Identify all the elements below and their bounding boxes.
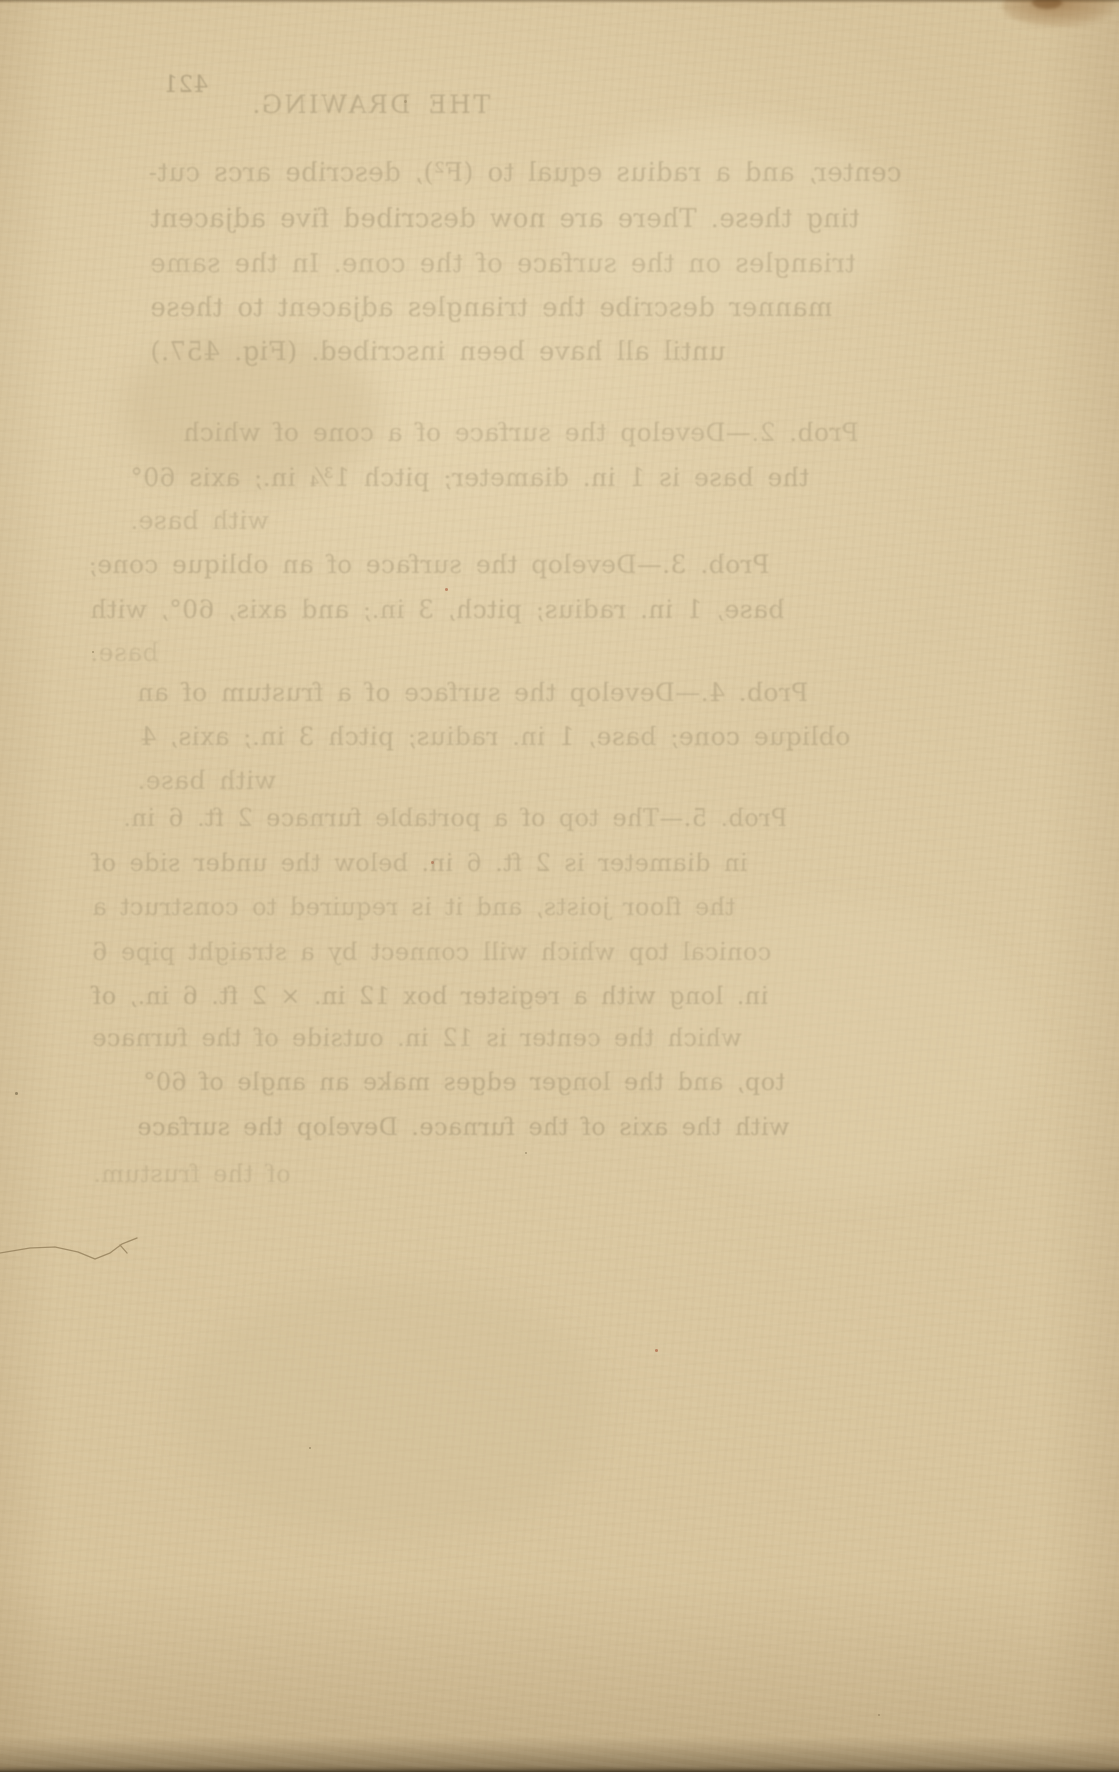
ghost-text-line: Prob. 5.—The top of a portable furnace 2…	[123, 806, 787, 830]
ghost-text-line: in. long with a register box 12 in. × 2 …	[92, 984, 768, 1008]
scan-bottom-edge-shadow	[0, 1766, 1119, 1772]
ghost-text-line: of the frustum.	[93, 1162, 291, 1186]
showthrough-text-layer: 421THE DRAWING.center, and a radius equa…	[0, 0, 1119, 1772]
ghost-text-line: Prob. 2.—Develop the surface of a cone o…	[183, 420, 859, 445]
ghost-page-number: 421	[163, 74, 208, 97]
scan-top-edge-shadow	[0, 0, 1119, 3]
ghost-text-line: triangles on the surface of the cone. In…	[150, 251, 856, 277]
ghost-text-line: base, 1 in. radius; pitch, 3 in.; and ax…	[90, 597, 784, 622]
ghost-text-line: with base.	[137, 768, 276, 793]
scanned-page: 421THE DRAWING.center, and a radius equa…	[0, 0, 1119, 1772]
paper-speck	[525, 1152, 527, 1154]
paper-speck	[92, 651, 94, 653]
ghost-text-line: center, and a radius equal to (F²), desc…	[148, 160, 902, 186]
paper-speck	[404, 100, 407, 103]
ghost-text-line: manner describe the triangles adjacent t…	[150, 295, 833, 321]
ghost-text-line: Prob. 3.—Develop the surface of an obliq…	[88, 552, 770, 577]
ghost-text-line: in diameter is 2 ft. 6 in. below the und…	[92, 851, 748, 875]
ghost-text-line: ting these. There are now described five…	[150, 206, 860, 232]
ghost-text-line: base.	[90, 640, 158, 665]
ghost-text-line: the base is 1 in. diameter; pitch 1¾ in.…	[130, 465, 809, 490]
ghost-text-line: with base.	[130, 508, 269, 533]
ghost-text-line: until all have been inscribed. (Fig. 457…	[150, 339, 726, 365]
ghost-text-line: which the center is 12 in. outside of th…	[92, 1026, 742, 1050]
paper-speck	[15, 1092, 18, 1095]
ghost-text-line: with the axis of the furnace. Develop th…	[137, 1115, 790, 1139]
ghost-text-line: oblique cone; base, 1 in. radius; pitch …	[140, 724, 850, 749]
paper-speck	[878, 1714, 880, 1716]
ghost-running-head: THE DRAWING.	[250, 92, 490, 117]
ghost-text-line: the floor joists, and it is required to …	[92, 895, 735, 919]
ghost-text-line: conical top which will connect by a stra…	[92, 940, 771, 964]
ghost-text-line: top, and the longer edges make an angle …	[143, 1070, 785, 1094]
paper-speck	[309, 1447, 311, 1449]
paper-speck	[445, 588, 448, 591]
paper-speck	[431, 861, 434, 864]
ghost-text-line: Prob. 4.—Develop the surface of a frustu…	[137, 680, 808, 705]
paper-speck	[655, 1349, 658, 1352]
